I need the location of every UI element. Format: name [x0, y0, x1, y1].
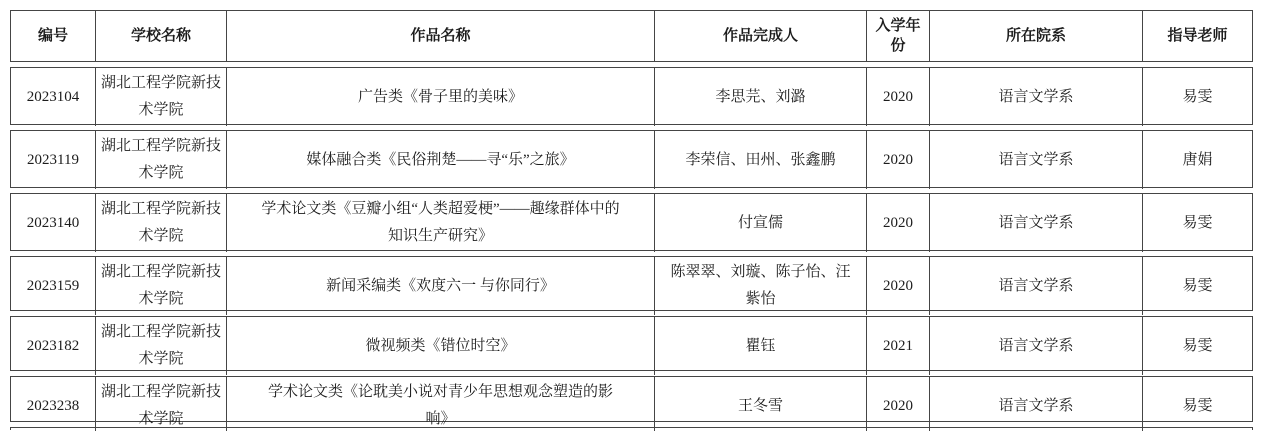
cell-id: 2023140 [11, 194, 95, 252]
cell-work: 广告类《骨子里的美味》 [226, 68, 654, 126]
cell-school: 湖北工程学院新技术学院 [95, 317, 226, 375]
header-cell-department: 所在院系 [929, 11, 1142, 61]
cell-year: 2020 [866, 194, 929, 252]
cell-year: 2021 [866, 317, 929, 375]
cell-school: 湖北工程学院新技术学院 [95, 377, 226, 431]
header-cell-work: 作品名称 [226, 11, 654, 61]
cell-id: 2023104 [11, 68, 95, 126]
cell-school: 湖北工程学院新技术学院 [95, 131, 226, 189]
cell-work: 新闻采编类《欢度六一 与你同行》 [226, 257, 654, 315]
cell-id: 2023182 [11, 317, 95, 375]
cell-advisor: 易雯 [1142, 68, 1252, 126]
header-cell-authors: 作品完成人 [654, 11, 866, 61]
cell-year: 2020 [866, 377, 929, 431]
cell-department: 语言文学系 [929, 131, 1142, 189]
table-row: 2023159 湖北工程学院新技术学院 新闻采编类《欢度六一 与你同行》 陈翠翠… [10, 256, 1253, 311]
table-row: 2023119 湖北工程学院新技术学院 媒体融合类《民俗荆楚——寻“乐”之旅》 … [10, 130, 1253, 188]
header-cell-school: 学校名称 [95, 11, 226, 61]
cell-id: 2023159 [11, 257, 95, 315]
cell-work: 媒体融合类《民俗荆楚——寻“乐”之旅》 [226, 131, 654, 189]
cell-department: 语言文学系 [929, 68, 1142, 126]
cell-department: 语言文学系 [929, 317, 1142, 375]
header-cell-year: 入学年份 [866, 11, 929, 61]
cell-advisor: 唐娟 [1142, 131, 1252, 189]
cell-advisor: 易雯 [1142, 317, 1252, 375]
table-header-row: 编号 学校名称 作品名称 作品完成人 入学年份 所在院系 指导老师 [10, 10, 1253, 62]
cell-department: 语言文学系 [929, 257, 1142, 315]
cell-authors: 付宣儒 [654, 194, 866, 252]
cell-school: 湖北工程学院新技术学院 [95, 68, 226, 126]
table-row: 2023238 湖北工程学院新技术学院 学术论文类《论耽美小说对青少年思想观念塑… [10, 376, 1253, 422]
student-works-table: 编号 学校名称 作品名称 作品完成人 入学年份 所在院系 指导老师 202310… [10, 10, 1253, 430]
table-row: 2023140 湖北工程学院新技术学院 学术论文类《豆瓣小组“人类超爱梗”——趣… [10, 193, 1253, 251]
cell-advisor: 易雯 [1142, 377, 1252, 431]
cell-work: 学术论文类《豆瓣小组“人类超爱梗”——趣缘群体中的知识生产研究》 [226, 194, 654, 252]
table-row: 2023104 湖北工程学院新技术学院 广告类《骨子里的美味》 李思芫、刘潞 2… [10, 67, 1253, 125]
cell-authors: 瞿钰 [654, 317, 866, 375]
cell-year: 2020 [866, 68, 929, 126]
cell-advisor: 易雯 [1142, 257, 1252, 315]
cell-id: 2023238 [11, 377, 95, 431]
table-row: 2023182 湖北工程学院新技术学院 微视频类《错位时空》 瞿钰 2021 语… [10, 316, 1253, 371]
header-cell-id: 编号 [11, 11, 95, 61]
cell-work: 微视频类《错位时空》 [226, 317, 654, 375]
cell-work: 学术论文类《论耽美小说对青少年思想观念塑造的影响》 [226, 377, 654, 431]
cell-id: 2023119 [11, 131, 95, 189]
cell-authors: 李荣信、田州、张鑫鹏 [654, 131, 866, 189]
cell-school: 湖北工程学院新技术学院 [95, 194, 226, 252]
cell-authors: 李思芫、刘潞 [654, 68, 866, 126]
cell-department: 语言文学系 [929, 377, 1142, 431]
next-row-partial [10, 427, 1253, 430]
cell-year: 2020 [866, 131, 929, 189]
header-cell-advisor: 指导老师 [1142, 11, 1252, 61]
cell-year: 2020 [866, 257, 929, 315]
cell-advisor: 易雯 [1142, 194, 1252, 252]
cell-department: 语言文学系 [929, 194, 1142, 252]
cell-authors: 陈翠翠、刘璇、陈子怡、汪紫怡 [654, 257, 866, 315]
cell-school: 湖北工程学院新技术学院 [95, 257, 226, 315]
document-page: 编号 学校名称 作品名称 作品完成人 入学年份 所在院系 指导老师 202310… [0, 0, 1266, 431]
cell-authors: 王冬雪 [654, 377, 866, 431]
